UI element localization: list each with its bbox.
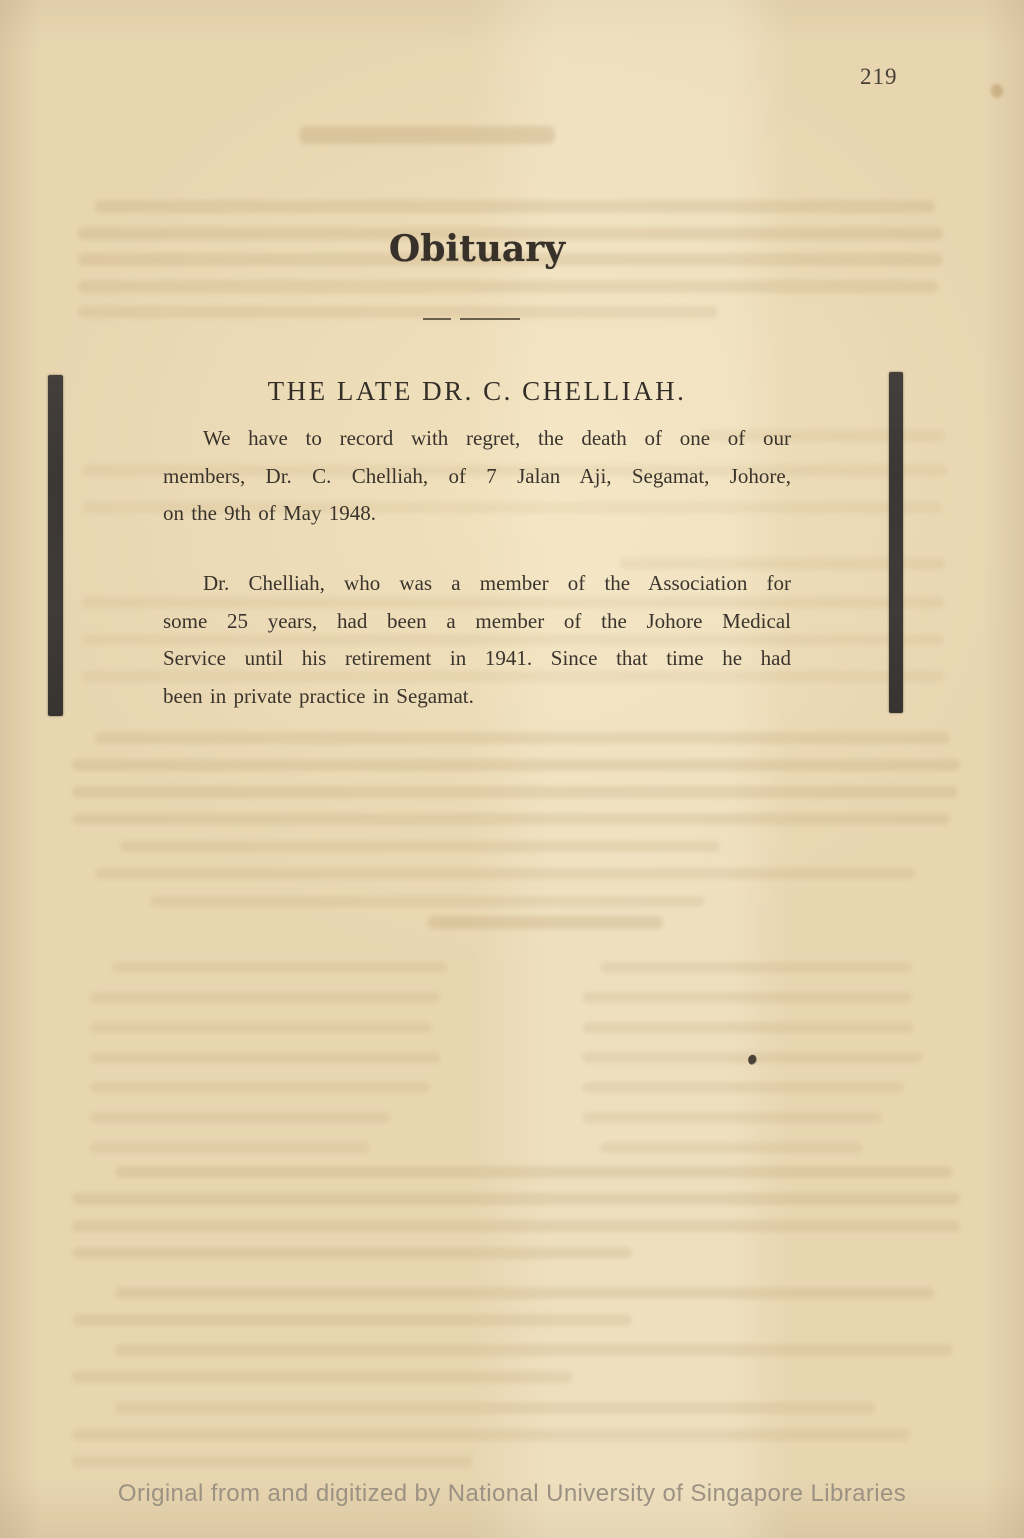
ghost-text-line (72, 1247, 632, 1259)
obituary-paragraph-2: Dr. Chelliah, who was a member of the As… (163, 565, 791, 715)
right-scan-margin-bar (889, 372, 903, 713)
ghost-text-line (582, 1082, 904, 1093)
title-rule-divider (163, 318, 791, 320)
paragraph-line: members, Dr. C. Chelliah, of 7 Jalan Aji… (163, 458, 791, 496)
digitization-credit: Original from and digitized by National … (0, 1480, 1024, 1508)
ghost-text-line (300, 126, 555, 144)
paragraph-line: on the 9th of May 1948. (163, 495, 791, 533)
obituary-paragraph-1: We have to record with regret, the death… (163, 420, 791, 533)
ghost-text-line (582, 1022, 914, 1033)
ghost-text-line (95, 200, 935, 213)
ghost-text-line (90, 992, 440, 1003)
ghost-text-line (600, 962, 912, 973)
ghost-text-line (115, 1287, 935, 1299)
paragraph-line: We have to record with regret, the death… (163, 420, 791, 458)
paragraph-line: Dr. Chelliah, who was a member of the As… (163, 565, 791, 603)
divider-dash-right (460, 318, 520, 320)
ghost-text-line (72, 786, 958, 798)
ghost-text-line (72, 1220, 960, 1232)
paragraph-line: some 25 years, had been a member of the … (163, 603, 791, 641)
ghost-text-line (95, 868, 915, 879)
ghost-text-line (90, 1082, 430, 1093)
scanned-obituary-page: 219 Obituary THE LATE DR. C. CHELLIAH. W… (0, 0, 1024, 1538)
ghost-text-line (72, 1193, 960, 1205)
ghost-text-line (78, 280, 938, 293)
ghost-text-line (90, 1142, 370, 1153)
ghost-text-line (115, 1402, 875, 1414)
obituary-section-title: Obituary (163, 228, 791, 270)
ghost-text-line (112, 962, 447, 973)
ghost-text-line (72, 813, 950, 825)
paragraph-line: been in private practice in Segamat. (163, 678, 791, 716)
obituary-heading: THE LATE DR. C. CHELLIAH. (163, 376, 791, 407)
paragraph-line: Service until his retirement in 1941. Si… (163, 640, 791, 678)
ghost-text-line (582, 1112, 882, 1123)
ghost-text-line (115, 1166, 953, 1178)
ghost-text-line (150, 896, 705, 907)
ghost-text-line (72, 1456, 472, 1468)
ghost-text-line (72, 1314, 632, 1326)
ghost-text-line (90, 1052, 440, 1063)
ghost-text-line (600, 1142, 862, 1153)
left-scan-margin-bar (48, 375, 63, 716)
ghost-text-line (582, 992, 912, 1003)
page-number: 219 (860, 64, 898, 90)
ghost-text-line (90, 1112, 390, 1123)
ghost-text-line (428, 916, 663, 929)
ghost-text-line (95, 732, 950, 744)
ghost-text-line (78, 306, 718, 318)
ghost-text-line (72, 759, 960, 771)
ghost-text-line (72, 1371, 572, 1383)
ghost-text-line (72, 1429, 910, 1441)
ghost-text-line (120, 841, 720, 852)
ghost-text-line (115, 1344, 953, 1356)
divider-dash-left (423, 318, 451, 320)
ghost-text-line (90, 1022, 432, 1033)
paper-stain-spot (991, 84, 1003, 98)
